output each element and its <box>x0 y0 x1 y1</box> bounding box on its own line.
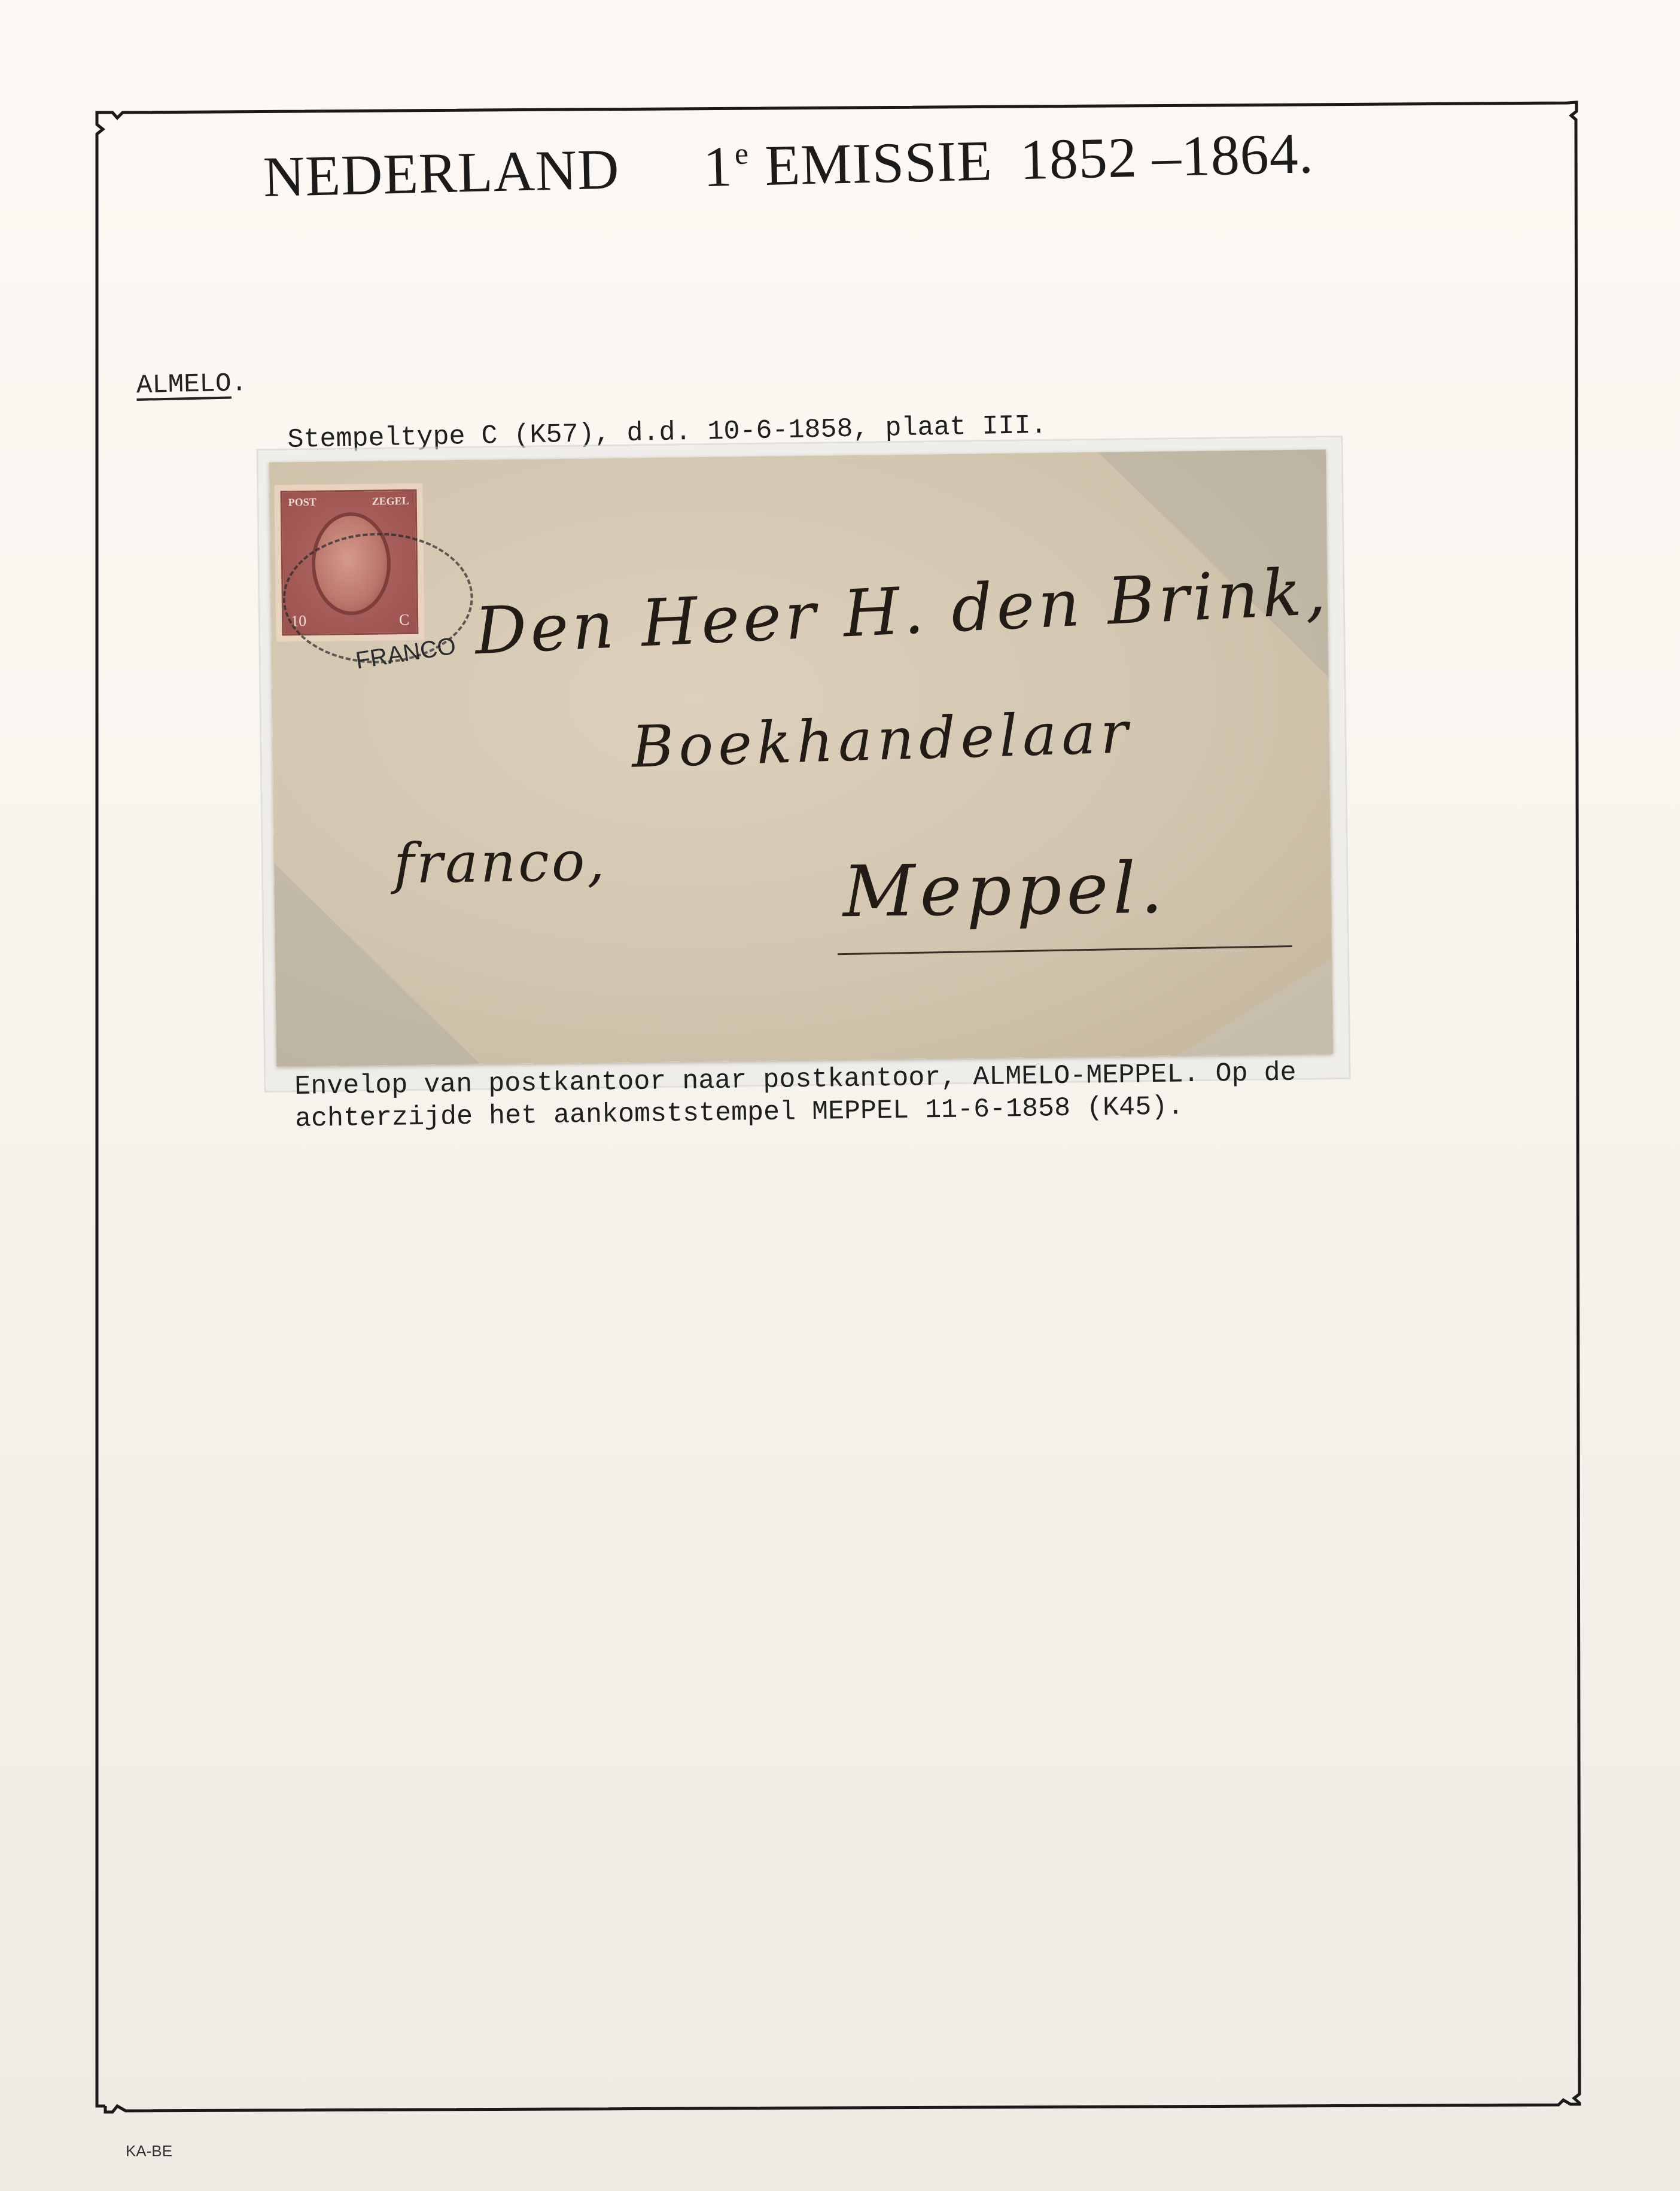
title-country: NEDERLAND <box>263 137 620 209</box>
title-issue-label: EMISSIE <box>764 128 993 197</box>
title-issue-superscript: e <box>734 137 749 172</box>
section-suffix: . <box>231 369 247 399</box>
address-line-3: franco, <box>393 829 607 896</box>
address-line-2: Boekhandelaar <box>631 699 1134 781</box>
address-underline <box>838 945 1292 955</box>
cover-caption-bottom: Envelop van postkantoor naar postkantoor… <box>294 1057 1297 1136</box>
title-years: 1852 –1864. <box>1019 121 1314 191</box>
address-line-4: Meppel. <box>842 847 1168 933</box>
section-place: ALMELO <box>136 369 231 401</box>
stamp-text-zegel: ZEGEL <box>372 495 409 508</box>
photo-corner-bottom-right <box>1176 958 1333 1055</box>
page-title: NEDERLAND1eEMISSIE1852 –1864. <box>263 118 1401 210</box>
title-issue-number: 1 <box>702 134 733 199</box>
page-footer-code: KA-BE <box>126 2142 172 2160</box>
envelope-cover: POST ZEGEL 10 C FRANCO Den Heer H. den B… <box>269 449 1333 1066</box>
stamp-text-post: POST <box>288 496 316 509</box>
section-heading: ALMELO. <box>136 369 247 401</box>
